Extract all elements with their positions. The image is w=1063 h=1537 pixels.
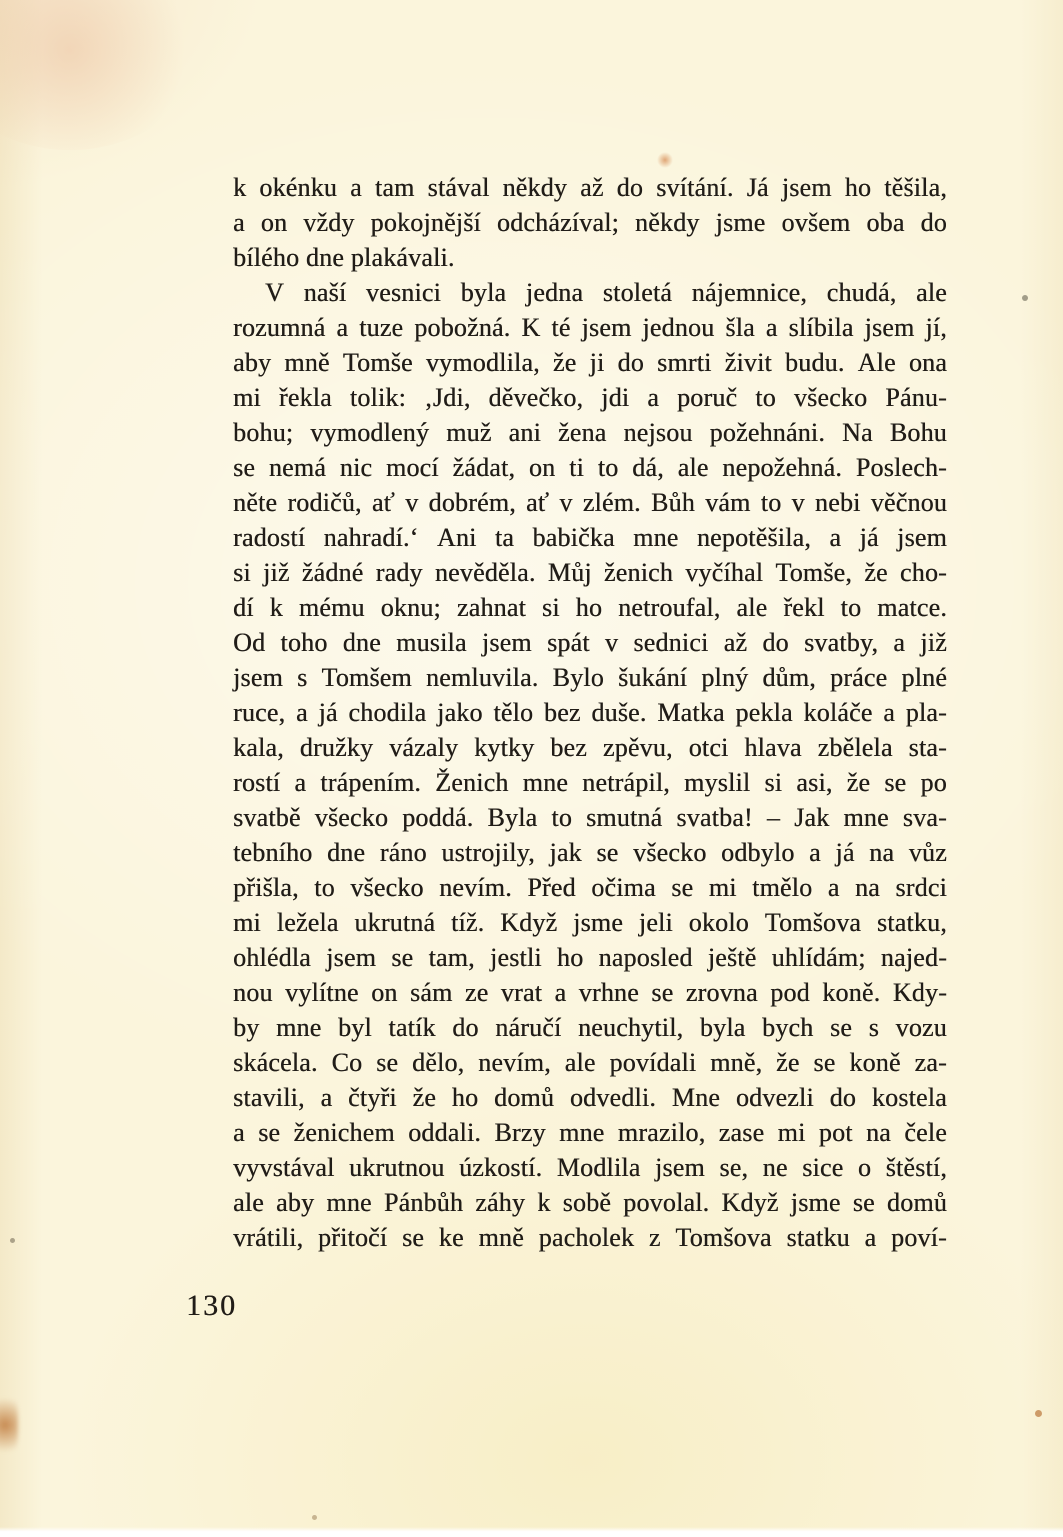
text-line: rozumnáatuzepobožná.Ktéjsemjednoušlaaslí… xyxy=(233,310,947,345)
text-line: přišla,tovšeckonevím.Předočimasemitměloa… xyxy=(233,870,947,905)
text-line: tebníhodneránoustrojily,jaksevšeckoodbyl… xyxy=(233,835,947,870)
text-line: ohlédlajsemsetam,jestlihonaposledještěuh… xyxy=(233,940,947,975)
paper-speck xyxy=(10,1238,15,1243)
scan-edge xyxy=(0,1527,1063,1537)
text-line: aleabymnePánbůhzáhyksoběpovolal.Kdyžjsme… xyxy=(233,1185,947,1220)
text-line: kala,družkyvázalykytkybezzpěvu,otcihlava… xyxy=(233,730,947,765)
text-line: stavili,ačtyřižehodomůodvedli.Mneodvezli… xyxy=(233,1080,947,1115)
book-page: kokénkuatamstávalněkdyaždosvítání.Jájsem… xyxy=(0,0,1063,1537)
text-line: nouvylítneonsámzevratavrhnesezrovnapodko… xyxy=(233,975,947,1010)
text-line: svatběvšeckopoddá.Bylatosmutnásvatba!–Ja… xyxy=(233,800,947,835)
page-text: kokénkuatamstávalněkdyaždosvítání.Jájsem… xyxy=(233,170,947,1255)
paper-stain-streak xyxy=(0,1390,18,1460)
paper-speck xyxy=(1022,295,1028,301)
text-line: aseženichemoddali.Brzymnemrazilo,zasemip… xyxy=(233,1115,947,1150)
text-line: vrátili,přitočísekemněpacholekzTomšovast… xyxy=(233,1220,947,1255)
text-line: něterodičů,aťvdobrém,aťvzlém.Bůhvámtovne… xyxy=(233,485,947,520)
text-line: mileželaukrutnátíž.KdyžjsmejeliokoloTomš… xyxy=(233,905,947,940)
text-line: kokénkuatamstávalněkdyaždosvítání.Jájsem… xyxy=(233,170,947,205)
text-line: bílého dne plakávali. xyxy=(233,240,947,275)
text-line: díkmémuoknu;zahnatsihonetroufal,aleřeklt… xyxy=(233,590,947,625)
text-line: Vnašívesnicibylajednastoletánájemnice,ch… xyxy=(233,275,947,310)
paper-stain-dot xyxy=(657,152,673,168)
page-number: 130 xyxy=(186,1288,237,1323)
text-line: skácela.Cosedělo,nevím,alepovídalimně,že… xyxy=(233,1045,947,1080)
text-line: aonvždypokojnějšíodcházíval;někdyjsmeovš… xyxy=(233,205,947,240)
text-line: ruce,ajáchodilajakotělobezduše.Matkapekl… xyxy=(233,695,947,730)
text-line: miřeklatolik:‚Jdi,děvečko,jdiaporučtovše… xyxy=(233,380,947,415)
paper-speck xyxy=(1035,1410,1042,1417)
text-line: vyvstávalukrutnouúzkostí.Modlilajsemse,n… xyxy=(233,1150,947,1185)
paper-speck xyxy=(312,1515,317,1520)
text-line: abymněTomševymodlila,žejidosmrtiživitbud… xyxy=(233,345,947,380)
text-line: bymnebyltatíkdonáručíneuchytil,bylabychs… xyxy=(233,1010,947,1045)
text-line: rostíatrápením.Ženichmnenetrápil,myslils… xyxy=(233,765,947,800)
text-line: Odtohodnemusilajsemspátvsedniciaždosvatb… xyxy=(233,625,947,660)
text-line: sijižžádnéradynevěděla.MůjženichvyčíhalT… xyxy=(233,555,947,590)
text-line: jsemsTomšemnemluvila.Bylošukáníplnýdům,p… xyxy=(233,660,947,695)
text-line: senemánicmocížádat,ontitodá,alenepožehná… xyxy=(233,450,947,485)
text-line: bohu;vymodlenýmužaniženanejsoupožehnáni.… xyxy=(233,415,947,450)
text-line: radostínahradí.‘Anitababičkamnenepotěšil… xyxy=(233,520,947,555)
paper-stain-corner xyxy=(0,0,200,150)
